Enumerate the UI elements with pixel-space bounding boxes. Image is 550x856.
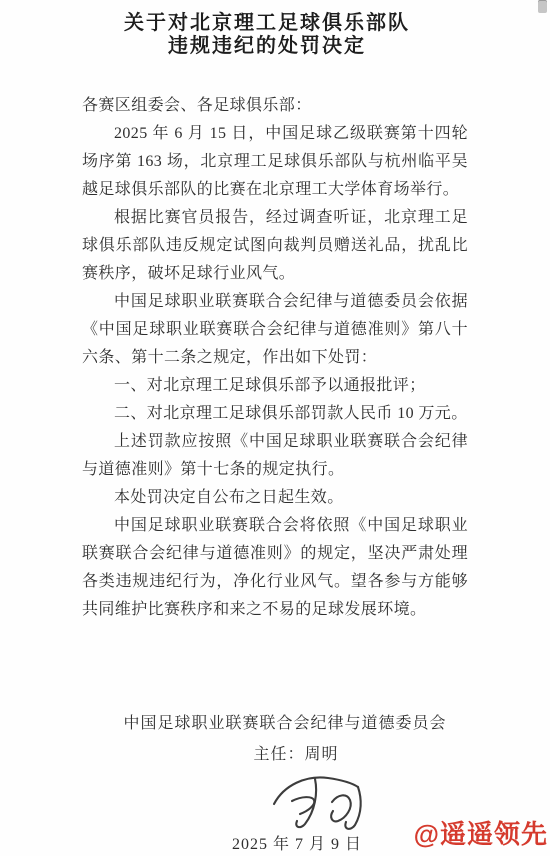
signature-icon: [270, 771, 370, 833]
body-paragraph: 中国足球职业联赛联合会纪律与道德委员会依据《中国足球职业联赛联合会纪律与道德准则…: [82, 288, 468, 372]
paragraph-list: 2025 年 6 月 15 日，中国足球乙级联赛第十四轮场序第 163 场，北京…: [82, 120, 468, 624]
body-paragraph: 2025 年 6 月 15 日，中国足球乙级联赛第十四轮场序第 163 场，北京…: [82, 120, 468, 204]
signatory-label: 主任：周明: [21, 741, 550, 769]
body-paragraph: 上述罚款应按照《中国足球职业联赛联合会纪律与道德准则》第十七条的规定执行。: [82, 428, 468, 484]
official-document: 关于对北京理工足球俱乐部队 违规违纪的处罚决定 各赛区组委会、各足球俱乐部： 2…: [0, 0, 550, 856]
body-paragraph: 二、对北京理工足球俱乐部罚款人民币 10 万元。: [82, 400, 468, 428]
body-paragraph: 本处罚决定自公布之日起生效。: [82, 484, 468, 512]
body-paragraph: 一、对北京理工足球俱乐部予以通报批评；: [82, 372, 468, 400]
issuer-name: 中国足球职业联赛联合会纪律与道德委员会: [10, 710, 550, 738]
salutation: 各赛区组委会、各足球俱乐部：: [82, 92, 468, 120]
document-title-line-1: 关于对北京理工足球俱乐部队: [0, 12, 542, 35]
document-title-line-2: 违规违纪的处罚决定: [0, 35, 542, 58]
body-paragraph: 中国足球职业联赛联合会将依照《中国足球职业联赛联合会纪律与道德准则》的规定，坚决…: [82, 512, 468, 624]
document-photo: { "page": { "background": "#fefefe", "te…: [0, 0, 550, 856]
document-body: 各赛区组委会、各足球俱乐部： 2025 年 6 月 15 日，中国足球乙级联赛第…: [82, 92, 468, 624]
body-paragraph: 根据比赛官员报告，经过调查听证，北京理工足球俱乐部队违反规定试图向裁判员赠送礼品…: [82, 204, 468, 288]
watermark-text: @遥遥领先: [414, 821, 548, 847]
document-title: 关于对北京理工足球俱乐部队 违规违纪的处罚决定: [0, 12, 542, 58]
